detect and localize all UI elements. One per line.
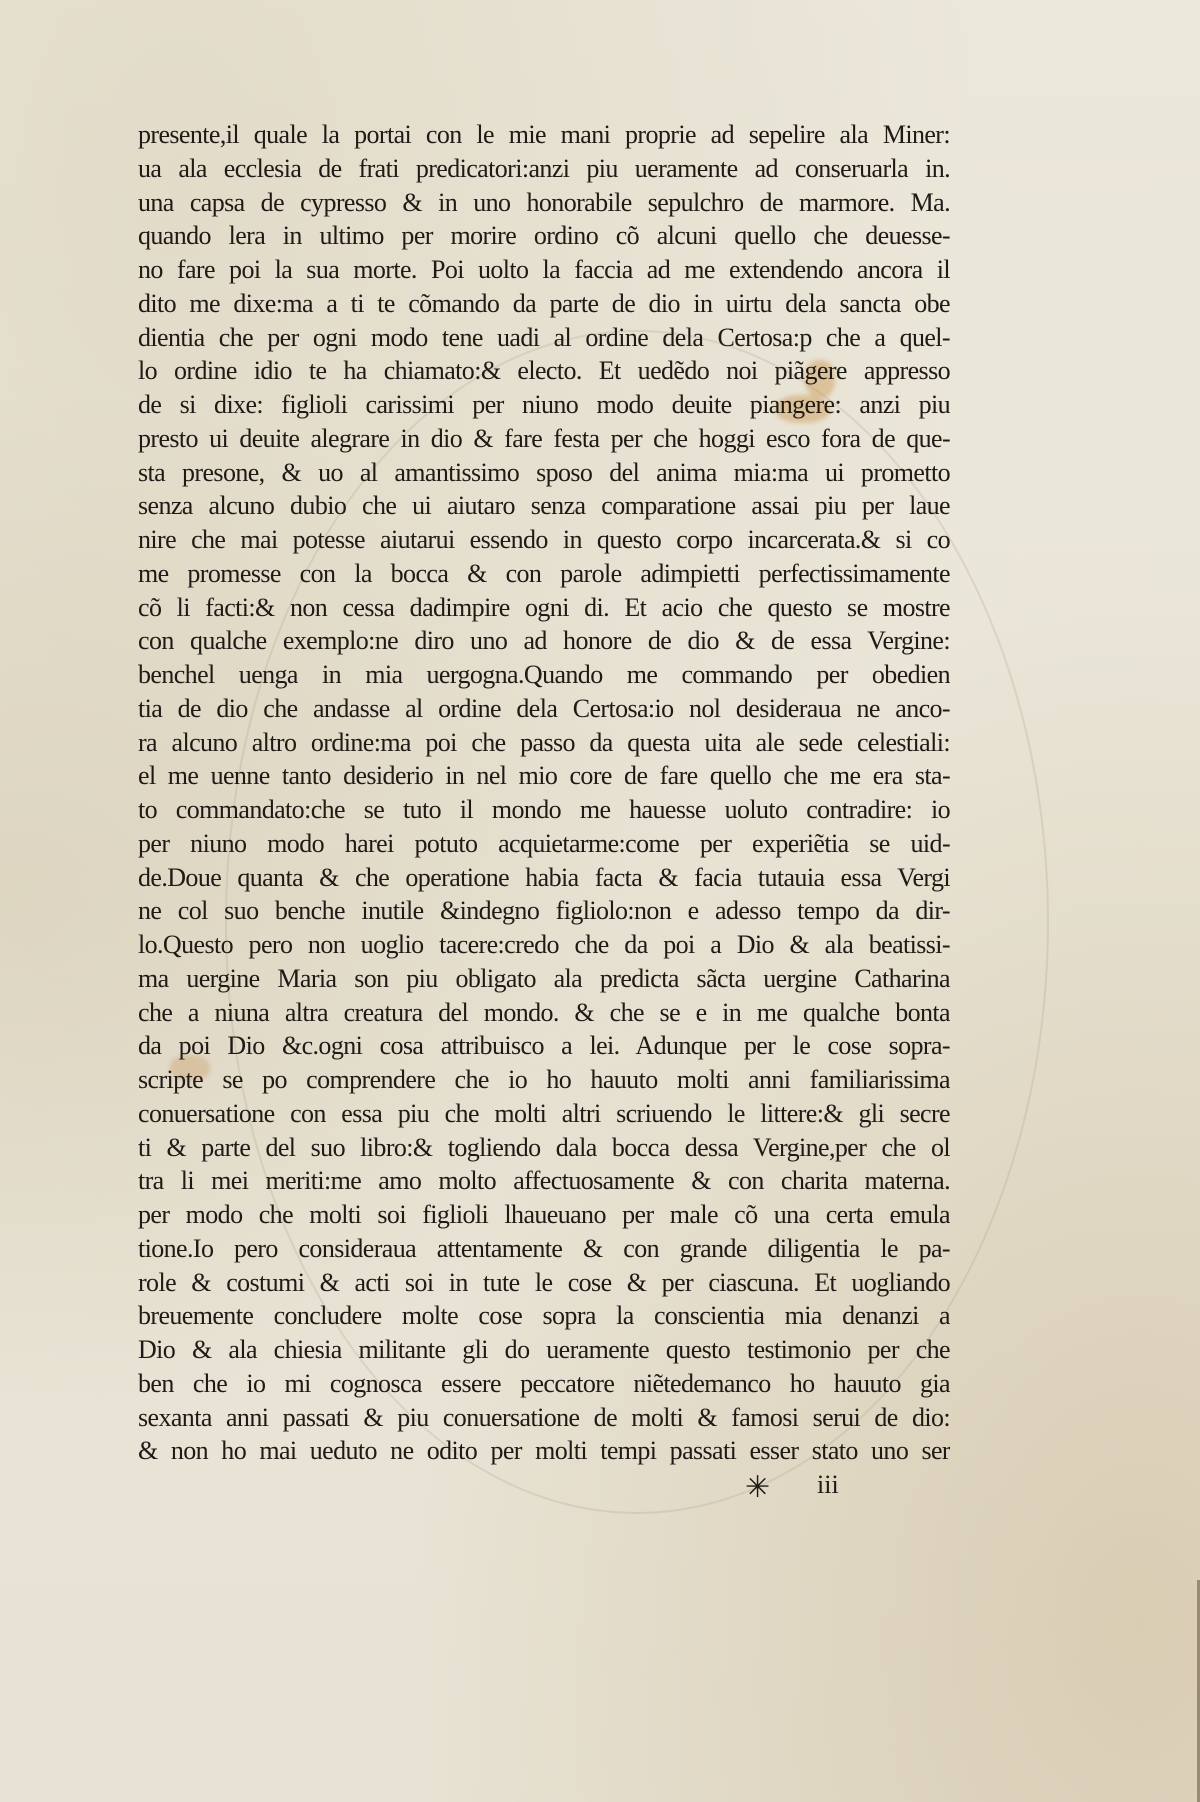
text-line: ua ala ecclesia de frati predicatori:anz…: [138, 152, 950, 186]
text-line: con qualche exemplo:ne diro uno ad honor…: [138, 624, 950, 658]
text-line: de si dixe: figlioli carissimi per niuno…: [138, 388, 950, 422]
text-line: da poi Dio &c.ogni cosa attribuisco a le…: [138, 1029, 950, 1063]
text-line: presto ui deuite alegrare in dio & fare …: [138, 422, 950, 456]
text-line: ben che io mi cognosca essere peccatore …: [138, 1367, 950, 1401]
text-line: no fare poi la sua morte. Poi uolto la f…: [138, 253, 950, 287]
manuscript-page: presente,il quale la portai con le mie m…: [0, 0, 1200, 1802]
text-line: Dio & ala chiesia militante gli do ueram…: [138, 1333, 950, 1367]
text-line: me promesse con la bocca & con parole ad…: [138, 557, 950, 591]
text-line: ma uergine Maria son piu obligato ala pr…: [138, 962, 950, 996]
text-line: che a niuna altra creatura del mondo. & …: [138, 996, 950, 1030]
text-line: breuemente concludere molte cose sopra l…: [138, 1299, 950, 1333]
text-line: role & costumi & acti soi in tute le cos…: [138, 1266, 950, 1300]
text-line: tia de dio che andasse al ordine dela Ce…: [138, 692, 950, 726]
text-line: benchel uenga in mia uergogna.Quando me …: [138, 658, 950, 692]
text-line: una capsa de cypresso & in uno honorabil…: [138, 186, 950, 220]
text-line: per niuno modo harei potuto acquietarme:…: [138, 827, 950, 861]
text-line: ra alcuno altro ordine:ma poi che passo …: [138, 726, 950, 760]
text-line: presente,il quale la portai con le mie m…: [138, 118, 950, 152]
text-line: per modo che molti soi figlioli lhaueuan…: [138, 1198, 950, 1232]
text-line: dientia che per ogni modo tene uadi al o…: [138, 321, 950, 355]
text-line: ne col suo benche inutile &indegno figli…: [138, 894, 950, 928]
text-line: tione.Io pero consideraua attentamente &…: [138, 1232, 950, 1266]
signature-mark-icon: ✳: [745, 1470, 770, 1505]
text-line: tra li mei meriti:me amo molto affectuos…: [138, 1164, 950, 1198]
text-line: lo.Questo pero non uoglio tacere:credo c…: [138, 928, 950, 962]
text-line: el me uenne tanto desiderio in nel mio c…: [138, 759, 950, 793]
text-line: de.Doue quanta & che operatione habia fa…: [138, 861, 950, 895]
text-line: lo ordine idio te ha chiamato:& electo. …: [138, 354, 950, 388]
text-line: scripte se po comprendere che io ho hauu…: [138, 1063, 950, 1097]
text-line: dito me dixe:ma a ti te cõmando da parte…: [138, 287, 950, 321]
text-line: sta presone, & uo al amantissimo sposo d…: [138, 456, 950, 490]
text-line: cõ li facti:& non cessa dadimpire ogni d…: [138, 591, 950, 625]
text-line: to commandato:che se tuto il mondo me ha…: [138, 793, 950, 827]
text-line: sexanta anni passati & piu conuersatione…: [138, 1401, 950, 1435]
text-line: nire che mai potesse aiutarui essendo in…: [138, 523, 950, 557]
body-text: presente,il quale la portai con le mie m…: [138, 118, 950, 1468]
text-line: ti & parte del suo libro:& togliendo dal…: [138, 1131, 950, 1165]
text-line: & non ho mai ueduto ne odito per molti t…: [138, 1434, 950, 1468]
text-line: conuersatione con essa piu che molti alt…: [138, 1097, 950, 1131]
text-line: quando lera in ultimo per morire ordino …: [138, 219, 950, 253]
text-line: senza alcuno dubio che ui aiutaro senza …: [138, 489, 950, 523]
folio-number: iii: [817, 1470, 839, 1500]
